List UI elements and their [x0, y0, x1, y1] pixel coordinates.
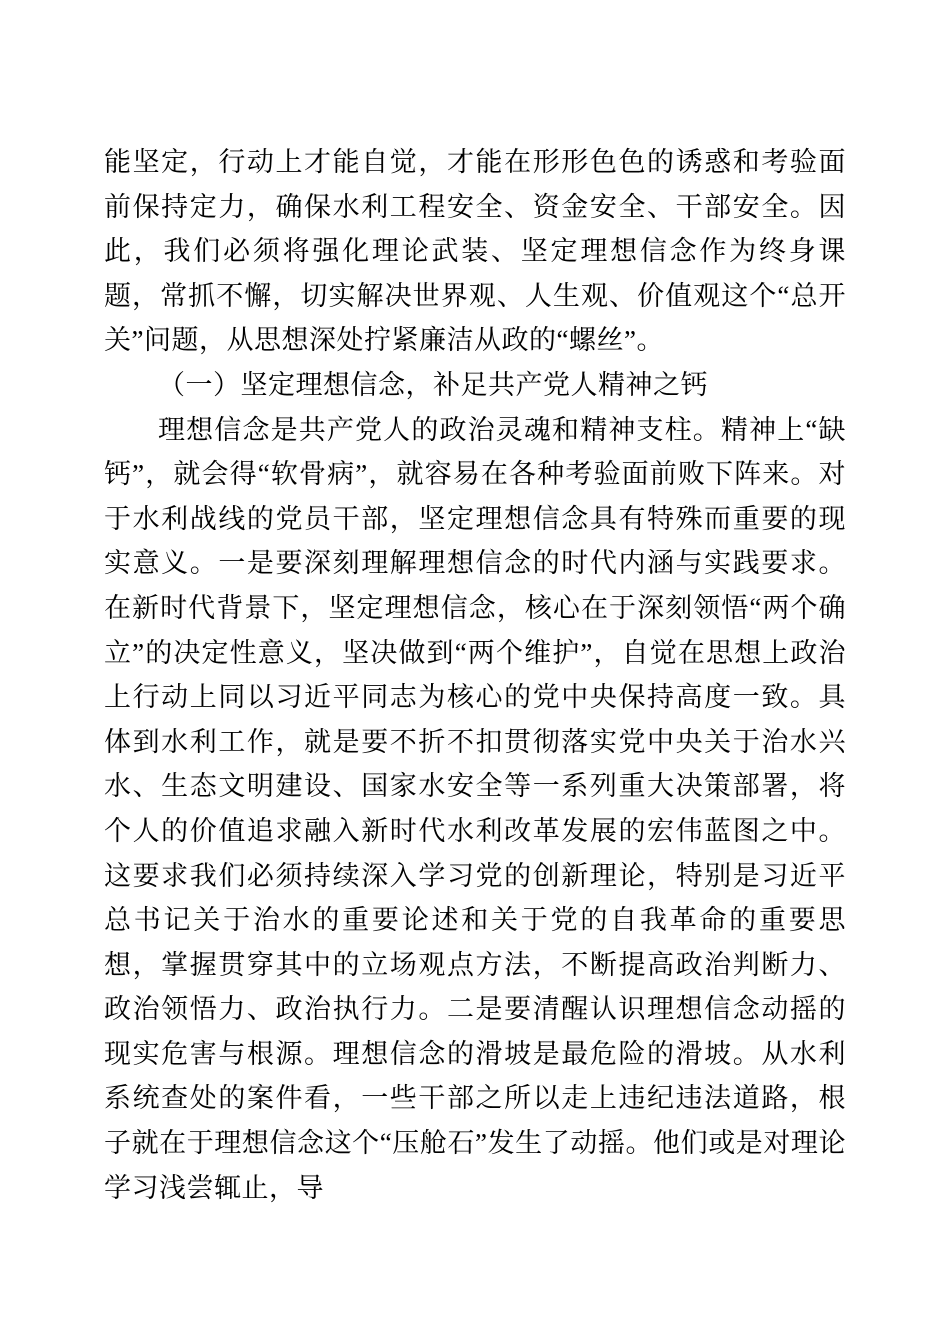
- document-page: 能坚定，行动上才能自觉，才能在形形色色的诱惑和考验面前保持定力，确保水利工程安全…: [0, 0, 950, 1344]
- section-heading: （一）坚定理想信念，补足共产党人精神之钙: [104, 363, 846, 408]
- paragraph-body: 理想信念是共产党人的政治灵魂和精神支柱。精神上“缺钙”，就会得“软骨病”，就容易…: [104, 408, 846, 1211]
- document-body: 能坚定，行动上才能自觉，才能在形形色色的诱惑和考验面前保持定力，确保水利工程安全…: [104, 140, 846, 1210]
- paragraph-continuation: 能坚定，行动上才能自觉，才能在形形色色的诱惑和考验面前保持定力，确保水利工程安全…: [104, 140, 846, 363]
